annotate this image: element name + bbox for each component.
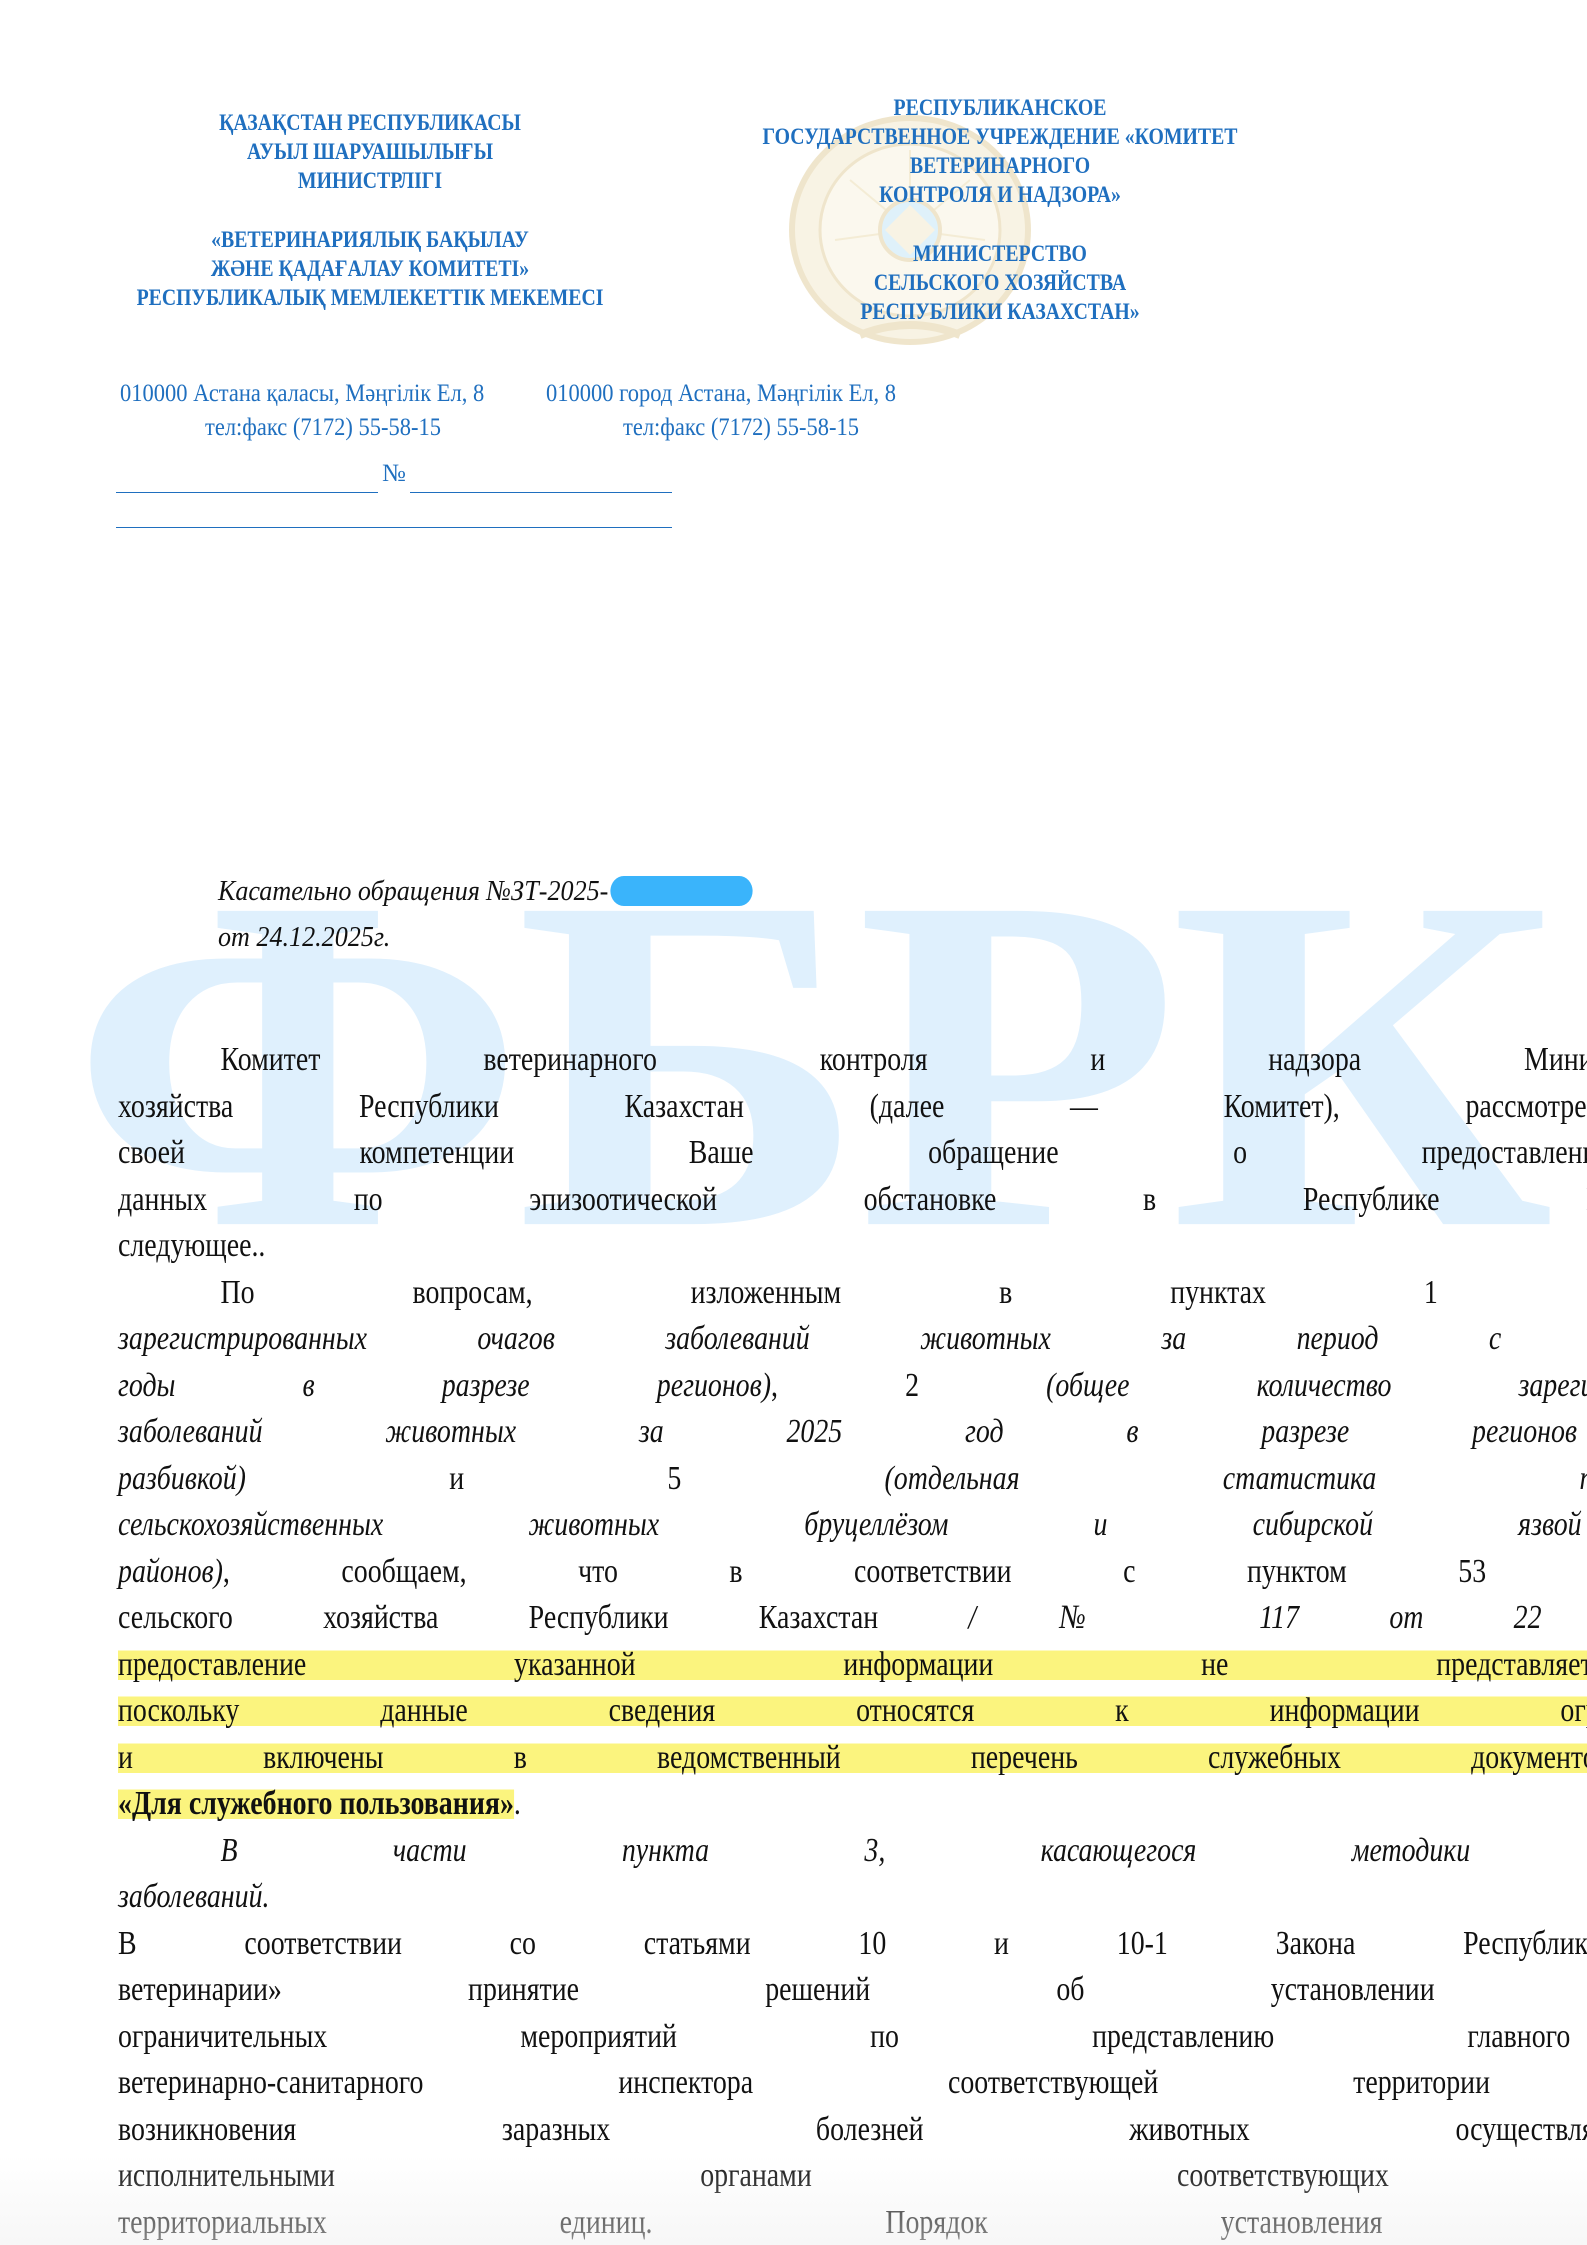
registration-extra-line: [116, 527, 672, 528]
header-left-line: «ВЕТЕРИНАРИЯЛЫҚ БАҚЫЛАУ: [69, 225, 671, 254]
p4-line: исполнительными органами соответствующих…: [118, 2153, 1587, 2200]
header-right-line: КОНТРОЛЯ И НАДЗОРА»: [690, 180, 1309, 209]
p2-line: районов), сообщаем, что в соответствии с…: [118, 1549, 1587, 1596]
header-right-line: СЕЛЬСКОГО ХОЗЯЙСТВА: [690, 268, 1309, 297]
reference-block: Касательно обращения №ЗТ-2025- от 24.12.…: [218, 868, 752, 960]
p2-highlighted-line: предоставление указанной информации не п…: [118, 1642, 1587, 1689]
registration-date-line: [116, 492, 378, 493]
p1-line: Комитет ветеринарного контроля и надзора…: [118, 1037, 1587, 1084]
p2-line: заболеваний животных за 2025 год в разре…: [118, 1409, 1587, 1456]
header-left-kazakh: ҚАЗАҚСТАН РЕСПУБЛИКАСЫ АУЫЛ ШАРУАШЫЛЫҒЫ …: [69, 108, 671, 312]
p1-line: своей компетенции Ваше обращение о предо…: [118, 1130, 1587, 1177]
p4-line: возникновения заразных болезней животных…: [118, 2107, 1587, 2154]
p2-line: сельского хозяйства Республики Казахстан…: [118, 1595, 1587, 1642]
p4-line: ветеринарии» принятие решений об установ…: [118, 1967, 1587, 2014]
header-right-line: РЕСПУБЛИКИ КАЗАХСТАН»: [690, 297, 1309, 326]
header-left-line: ЖӘНЕ ҚАДАҒАЛАУ КОМИТЕТІ»: [69, 254, 671, 283]
registration-number-sign: №: [382, 460, 406, 488]
header-left-line: АУЫЛ ШАРУАШЫЛЫҒЫ: [69, 137, 671, 166]
p2-highlighted-line: и включены в ведомственный перечень служ…: [118, 1735, 1587, 1782]
p4-line: ветеринарно-санитарного инспектора соотв…: [118, 2060, 1587, 2107]
address-kazakh: 010000 Астана қаласы, Мәңгілік Ел, 8: [120, 376, 484, 411]
highlight-dsp-stamp: «Для служебного пользования»: [118, 1785, 514, 1822]
header-right-line: ГОСУДАРСТВЕННОЕ УЧРЕЖДЕНИЕ «КОМИТЕТ: [690, 122, 1309, 151]
phone-left: тел:факс (7172) 55-58-15: [205, 410, 441, 445]
reference-date: от 24.12.2025г.: [218, 914, 752, 960]
highlight: предоставление указанной информации не п…: [118, 1646, 1587, 1683]
header-right-line: РЕСПУБЛИКАНСКОЕ: [690, 93, 1309, 122]
p2-highlighted-line: «Для служебного пользования».: [118, 1781, 1587, 1828]
p4-line: В соответствии со статьями 10 и 10-1 Зак…: [118, 1921, 1587, 1968]
registration-number-line: [410, 492, 672, 493]
letter-body: Комитет ветеринарного контроля и надзора…: [118, 1037, 1480, 2245]
p1-line: хозяйства Республики Казахстан (далее — …: [118, 1084, 1587, 1131]
p2-line: разбивкой) и 5 (отдельная статистика по …: [118, 1456, 1587, 1503]
header-right-line: ВЕТЕРИНАРНОГО: [690, 151, 1309, 180]
p1-line: данных по эпизоотической обстановке в Ре…: [118, 1177, 1587, 1224]
p2-highlighted-line: поскольку данные сведения относятся к ин…: [118, 1688, 1587, 1735]
header-left-line: МИНИСТРЛІГІ: [69, 166, 671, 195]
reference-appeal-number: Касательно обращения №ЗТ-2025-: [218, 875, 608, 907]
highlight: и включены в ведомственный перечень служ…: [118, 1739, 1587, 1776]
header-right-line: МИНИСТЕРСТВО: [690, 239, 1309, 268]
p3-line: В части пункта 3, касающегося методики п…: [118, 1828, 1587, 1875]
header-right-russian: РЕСПУБЛИКАНСКОЕ ГОСУДАРСТВЕННОЕ УЧРЕЖДЕН…: [690, 93, 1309, 326]
header-left-line: ҚАЗАҚСТАН РЕСПУБЛИКАСЫ: [69, 108, 671, 137]
p4-line: ограничительных мероприятий по представл…: [118, 2014, 1587, 2061]
p2-line: зарегистрированных очагов заболеваний жи…: [118, 1316, 1587, 1363]
highlight: поскольку данные сведения относятся к ин…: [118, 1692, 1587, 1729]
p1-line: следующее..: [118, 1223, 1587, 1270]
address-russian: 010000 город Астана, Мәңгілік Ел, 8: [546, 376, 896, 411]
p2-line: сельскохозяйственных животных бруцеллёзо…: [118, 1502, 1587, 1549]
p4-line: территориальных единиц. Порядок установл…: [118, 2200, 1587, 2245]
p2-line: годы в разрезе регионов), 2 (общее колич…: [118, 1363, 1587, 1410]
p3-line: заболеваний.: [118, 1874, 1587, 1921]
redaction-mark: [610, 876, 752, 906]
p2-line: По вопросам, изложенным в пунктах 1 (общ…: [118, 1270, 1587, 1317]
phone-right: тел:факс (7172) 55-58-15: [623, 410, 859, 445]
header-left-line: РЕСПУБЛИКАЛЫҚ МЕМЛЕКЕТТІК МЕКЕМЕСІ: [69, 283, 671, 312]
